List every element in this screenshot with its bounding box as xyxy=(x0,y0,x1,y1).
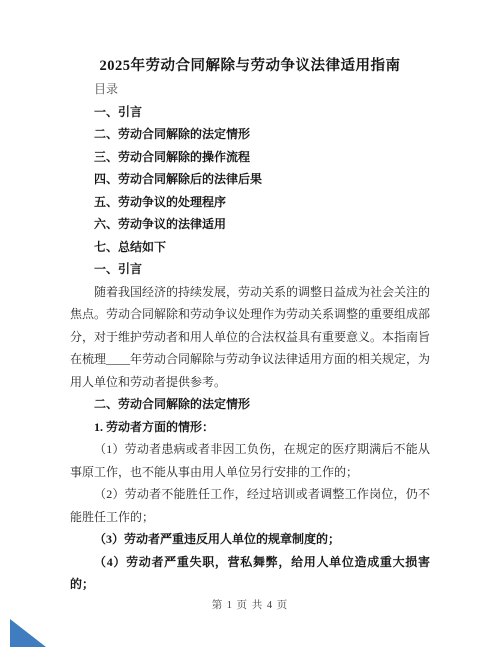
block-heading: 四、劳动合同解除后的法律后果 xyxy=(70,168,430,191)
document-body: 目录一、引言二、劳动合同解除的法定情形三、劳动合同解除的操作流程四、劳动合同解除… xyxy=(70,78,430,596)
block-heading: 1. 劳动者方面的情形： xyxy=(70,416,430,439)
block-body-bold: （4）劳动者严重失职，营私舞弊，给用人单位造成重大损害的； xyxy=(70,551,430,596)
document-page: 2025年劳动合同解除与劳动争议法律适用指南 目录一、引言二、劳动合同解除的法定… xyxy=(0,0,500,647)
block-heading: 一、引言 xyxy=(70,101,430,124)
block-body: 随着我国经济的持续发展，劳动关系的调整日益成为社会关注的焦点。劳动合同解除和劳动… xyxy=(70,281,430,394)
block-heading: 二、劳动合同解除的法定情形 xyxy=(70,123,430,146)
block-body-bold: （3）劳动者严重违反用人单位的规章制度的； xyxy=(70,528,430,551)
block-heading: 七、总结如下 xyxy=(70,236,430,259)
block-heading: 六、劳动争议的法律适用 xyxy=(70,213,430,236)
block-heading: 五、劳动争议的处理程序 xyxy=(70,191,430,214)
block-body: （2）劳动者不能胜任工作，经过培训或者调整工作岗位，仍不能胜任工作的； xyxy=(70,483,430,528)
corner-triangle-shape xyxy=(10,619,46,647)
block-heading: 一、引言 xyxy=(70,258,430,281)
block-heading: 三、劳动合同解除的操作流程 xyxy=(70,146,430,169)
block-heading: 二、劳动合同解除的法定情形 xyxy=(70,393,430,416)
page-number-footer: 第 1 页 共 4 页 xyxy=(0,597,500,612)
block-body: （1）劳动者患病或者非因工负伤，在规定的医疗期满后不能从事原工作，也不能从事由用… xyxy=(70,438,430,483)
document-title: 2025年劳动合同解除与劳动争议法律适用指南 xyxy=(70,0,430,78)
page-corner-decoration xyxy=(10,619,46,647)
block-plain: 目录 xyxy=(70,78,430,101)
